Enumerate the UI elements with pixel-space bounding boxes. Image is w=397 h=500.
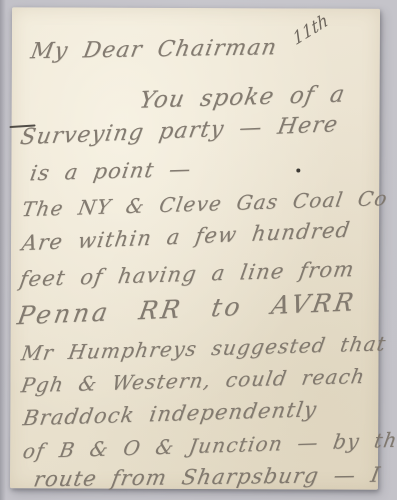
handwriting-line: The NY & Cleve Gas Coal Co (20, 186, 390, 221)
annotation-mark: 11th (291, 10, 331, 50)
handwriting-line: Mr Humphreys suggested that (20, 331, 389, 365)
letter-paper: 11th My Dear Chairman You spoke of a Sur… (10, 7, 380, 490)
handwriting-line: You spoke of a (137, 81, 347, 113)
handwriting-line: is a point — (28, 157, 193, 185)
handwriting-line: route from Sharpsburg — I (32, 463, 383, 492)
pencil-dot (296, 168, 300, 172)
handwriting-line: feet of having a line from (18, 257, 357, 291)
handwriting-line: Are within a few hundred (20, 218, 352, 256)
photo-background: 11th My Dear Chairman You spoke of a Sur… (0, 0, 397, 500)
handwriting-line: Braddock independently (21, 397, 319, 430)
handwriting-line: of B & O & Junction — by that (21, 427, 397, 463)
handwriting-line: Surveying party — Here (18, 112, 340, 150)
handwriting-line: Pgh & Western, could reach (19, 364, 367, 397)
handwriting-line: Penna RR to AVRR (15, 287, 358, 330)
handwriting-line: My Dear Chairman (29, 35, 280, 64)
